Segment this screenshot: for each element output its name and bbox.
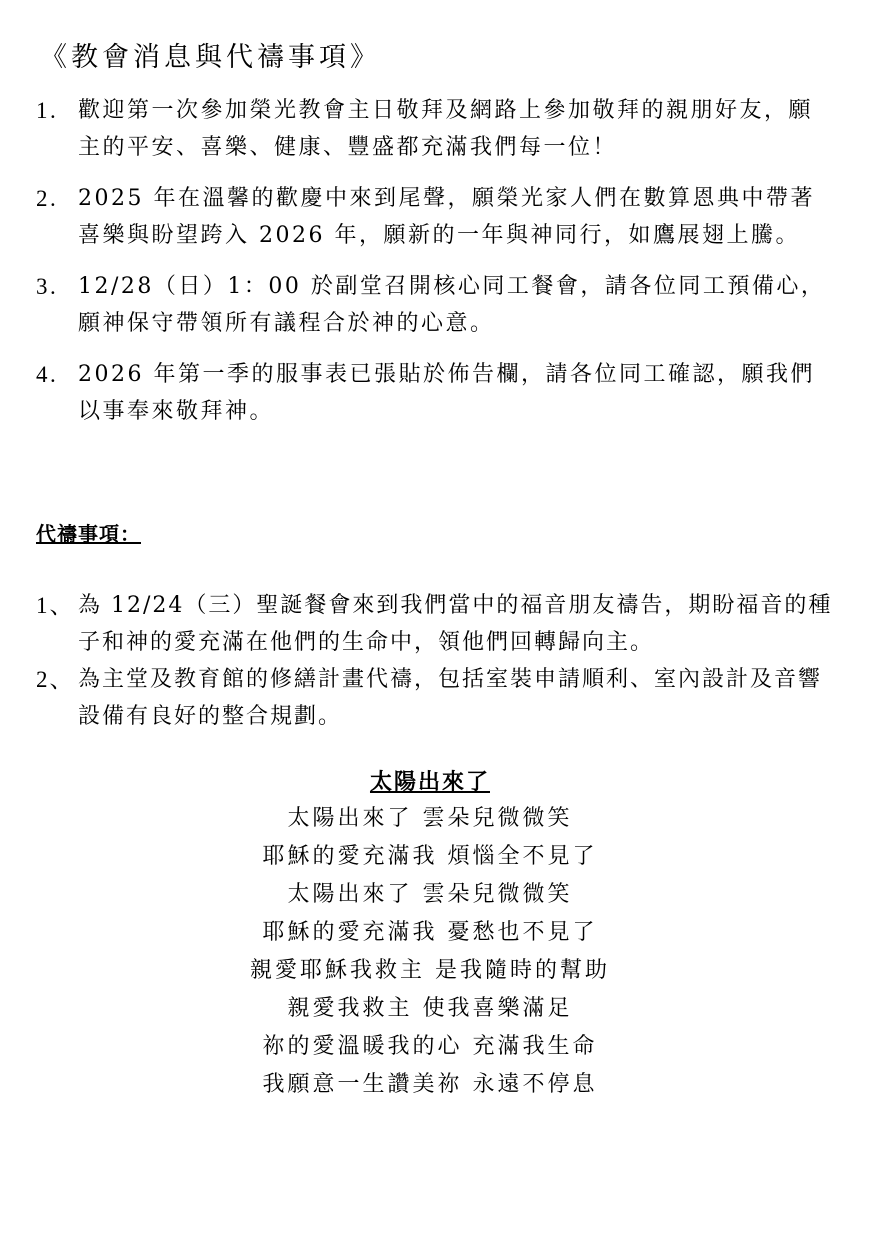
announcement-item: 2. 2025 年在溫馨的歡慶中來到尾聲，願榮光家人們在數算恩典中帶著喜樂與盼望… [36, 180, 836, 254]
announcement-number: 1. [36, 92, 58, 129]
song-lyric-line: 太陽出來了 雲朵兒微微笑 [0, 876, 860, 914]
song-lyric-line: 耶穌的愛充滿我 煩惱全不見了 [0, 838, 860, 876]
announcement-text: 2026 年第一季的服事表已張貼於佈告欄，請各位同工確認，願我們以事奉來敬拜神。 [78, 362, 815, 424]
announcement-item: 1. 歡迎第一次參加榮光教會主日敬拜及網路上參加敬拜的親朋好友，願主的平安、喜樂… [36, 92, 836, 166]
song-lyric-line: 親愛耶穌我救主 是我隨時的幫助 [0, 952, 860, 990]
prayer-section-heading: 代禱事項： [36, 519, 141, 549]
announcement-item: 4. 2026 年第一季的服事表已張貼於佈告欄，請各位同工確認，願我們以事奉來敬… [36, 356, 836, 430]
announcement-text: 12/28（日）1：00 於副堂召開核心同工餐會，請各位同工預備心，願神保守帶領… [78, 274, 825, 336]
announcement-item: 3. 12/28（日）1：00 於副堂召開核心同工餐會，請各位同工預備心，願神保… [36, 268, 836, 342]
prayer-item: 1、 為 12/24（三）聖誕餐會來到我們當中的福音朋友禱告，期盼福音的種子和神… [36, 587, 836, 661]
prayer-number: 1、 [36, 587, 75, 624]
song-lyric-line: 太陽出來了 雲朵兒微微笑 [0, 800, 860, 838]
prayer-text: 為 12/24（三）聖誕餐會來到我們當中的福音朋友禱告，期盼福音的種子和神的愛充… [78, 593, 832, 655]
song-lyric-line: 親愛我救主 使我喜樂滿足 [0, 990, 860, 1028]
song-section: 太陽出來了 太陽出來了 雲朵兒微微笑 耶穌的愛充滿我 煩惱全不見了 太陽出來了 … [0, 764, 860, 1104]
prayer-number: 2、 [36, 661, 75, 698]
song-lyric-line: 耶穌的愛充滿我 憂愁也不見了 [0, 914, 860, 952]
announcement-number: 3. [36, 268, 58, 305]
prayer-item: 2、 為主堂及教育館的修繕計畫代禱，包括室裝申請順利、室內設計及音響設備有良好的… [36, 661, 836, 735]
announcement-text: 歡迎第一次參加榮光教會主日敬拜及網路上參加敬拜的親朋好友，願主的平安、喜樂、健康… [78, 98, 813, 160]
announcement-list: 1. 歡迎第一次參加榮光教會主日敬拜及網路上參加敬拜的親朋好友，願主的平安、喜樂… [36, 92, 836, 444]
announcement-text: 2025 年在溫馨的歡慶中來到尾聲，願榮光家人們在數算恩典中帶著喜樂與盼望跨入 … [78, 186, 815, 248]
song-title: 太陽出來了 [0, 764, 860, 800]
page-title: 《教會消息與代禱事項》 [40, 38, 381, 78]
song-lyric-line: 祢的愛溫暖我的心 充滿我生命 [0, 1028, 860, 1066]
prayer-text: 為主堂及教育館的修繕計畫代禱，包括室裝申請順利、室內設計及音響設備有良好的整合規… [78, 667, 822, 729]
prayer-list: 1、 為 12/24（三）聖誕餐會來到我們當中的福音朋友禱告，期盼福音的種子和神… [36, 587, 836, 735]
song-lyric-line: 我願意一生讚美祢 永遠不停息 [0, 1066, 860, 1104]
announcement-number: 4. [36, 356, 58, 393]
announcement-number: 2. [36, 180, 58, 217]
